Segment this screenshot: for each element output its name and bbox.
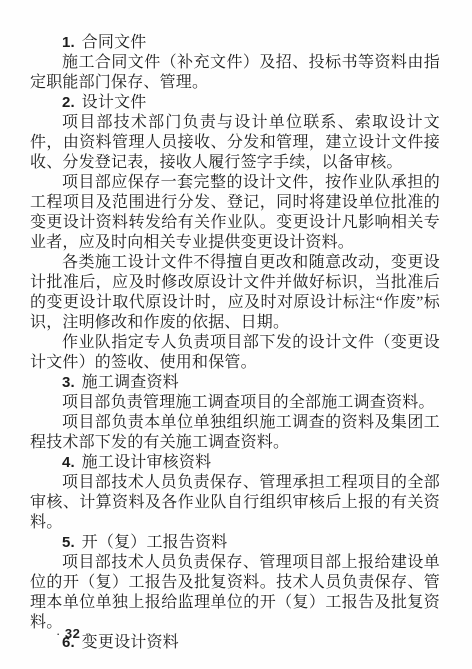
section-number: 5.	[62, 534, 75, 551]
section-number: 2.	[62, 94, 75, 111]
paragraph: 项目部技术人员负责保存、管理项目部上报给建设单位的开（复）工报告及批复资料。技术…	[30, 553, 440, 633]
page-number-value: 32	[65, 626, 80, 641]
page-text-block: 1.合同文件 施工合同文件（补充文件）及招、投标书等资料由指定职能部门保存、管理…	[30, 33, 440, 653]
section-number: 1.	[62, 34, 75, 51]
section-title: 变更设计资料	[82, 634, 179, 651]
book-page: 1.合同文件 施工合同文件（补充文件）及招、投标书等资料由指定职能部门保存、管理…	[0, 0, 472, 669]
section-heading-6: 6.变更设计资料	[30, 633, 440, 653]
section-title: 施工设计审核资料	[82, 454, 212, 471]
section-number: 3.	[62, 374, 75, 391]
section-title: 设计文件	[82, 94, 147, 111]
section-number: 4.	[62, 454, 75, 471]
paragraph: 施工合同文件（补充文件）及招、投标书等资料由指定职能部门保存、管理。	[30, 53, 440, 93]
section-title: 开（复）工报告资料	[82, 534, 228, 551]
paragraph: 项目部负责本单位单独组织施工调查的资料及集团工程技术部下发的有关施工调查资料。	[30, 413, 440, 453]
section-title: 合同文件	[82, 34, 147, 51]
section-heading-2: 2.设计文件	[30, 93, 440, 113]
paragraph: 项目部负责管理施工调查项目的全部施工调查资料。	[30, 393, 440, 413]
section-heading-5: 5.开（复）工报告资料	[30, 533, 440, 553]
paragraph: 项目部技术部门负责与设计单位联系、索取设计文件，由资料管理人员接收、分发和管理，…	[30, 113, 440, 173]
section-heading-4: 4.施工设计审核资料	[30, 453, 440, 473]
paragraph: 各类施工设计文件不得擅自更改和随意改动，变更设计批准后，应及时修改原设计文件并做…	[30, 253, 440, 333]
paragraph: 项目部技术人员负责保存、管理承担工程项目的全部审核、计算资料及各作业队自行组织审…	[30, 473, 440, 533]
section-title: 施工调查资料	[82, 374, 179, 391]
page-number-left-dot: ·	[56, 626, 60, 641]
page-number-right-dot: ·	[85, 626, 89, 641]
section-heading-1: 1.合同文件	[30, 33, 440, 53]
paragraph: 作业队指定专人负责项目部下发的设计文件（变更设计文件）的签收、使用和保管。	[30, 333, 440, 373]
page-number: ·32·	[56, 626, 89, 642]
section-heading-3: 3.施工调查资料	[30, 373, 440, 393]
paragraph: 项目部应保存一套完整的设计文件，按作业队承担的工程项目及范围进行分发、登记，同时…	[30, 173, 440, 253]
